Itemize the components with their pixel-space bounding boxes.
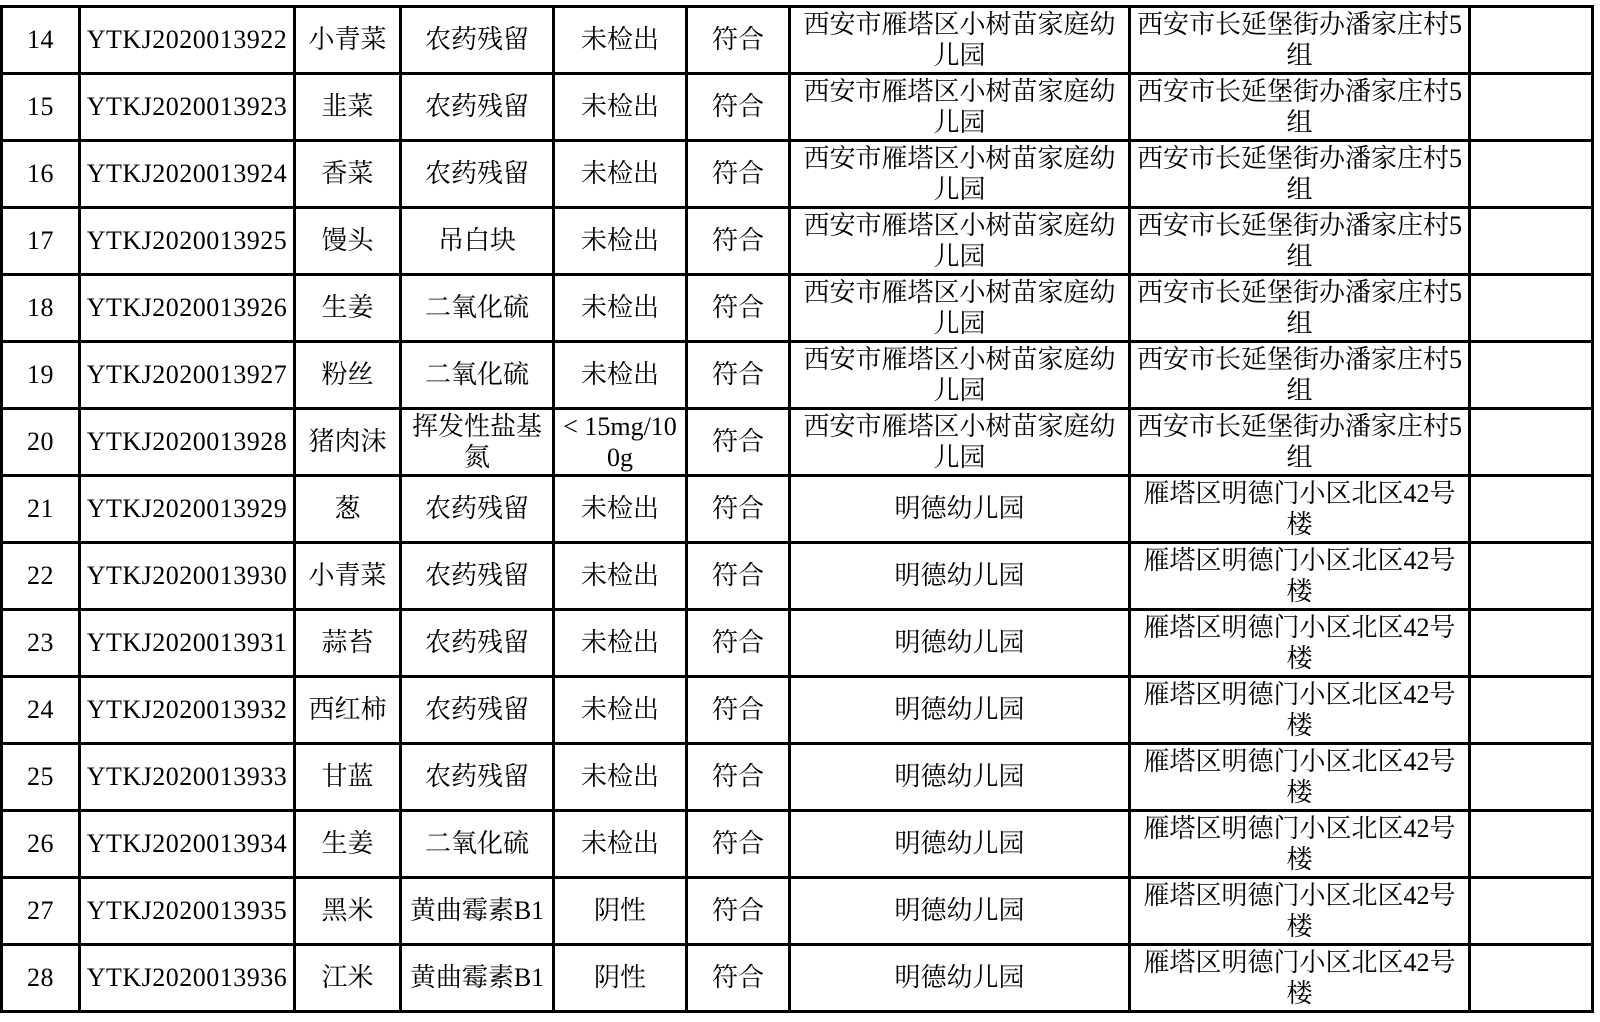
row-number-cell: 23 [2,610,80,677]
table-row: 18 YTKJ2020013926 生姜 二氧化硫 未检出 符合 西安市雁塔区小… [2,275,1593,342]
sample-code-cell: YTKJ2020013934 [80,811,295,878]
table-row: 23 YTKJ2020013931 蒜苔 农药残留 未检出 符合 明德幼儿园 雁… [2,610,1593,677]
table-row: 19 YTKJ2020013927 粉丝 二氧化硫 未检出 符合 西安市雁塔区小… [2,342,1593,409]
sampled-unit-cell: 明德幼儿园 [790,677,1130,744]
unit-address-cell: 西安市长延堡街办潘家庄村5组 [1130,275,1470,342]
sample-code-cell: YTKJ2020013925 [80,208,295,275]
unit-address-cell: 雁塔区明德门小区北区42号楼 [1130,610,1470,677]
remark-cell [1470,677,1593,744]
row-number-cell: 14 [2,7,80,74]
test-item-cell: 农药残留 [401,543,554,610]
sample-name-cell: 蒜苔 [295,610,401,677]
table-row: 17 YTKJ2020013925 馒头 吊白块 未检出 符合 西安市雁塔区小树… [2,208,1593,275]
sampled-unit-cell: 明德幼儿园 [790,945,1130,1012]
conclusion-cell: 符合 [687,275,790,342]
unit-address-cell: 西安市长延堡街办潘家庄村5组 [1130,74,1470,141]
sample-name-cell: 小青菜 [295,543,401,610]
unit-address-cell: 西安市长延堡街办潘家庄村5组 [1130,342,1470,409]
sample-code-cell: YTKJ2020013927 [80,342,295,409]
sample-name-cell: 生姜 [295,275,401,342]
document-sheet: 14 YTKJ2020013922 小青菜 农药残留 未检出 符合 西安市雁塔区… [0,5,1594,1013]
test-item-cell: 农药残留 [401,744,554,811]
test-result-cell: 未检出 [554,543,687,610]
table-row: 27 YTKJ2020013935 黑米 黄曲霉素B1 阴性 符合 明德幼儿园 … [2,878,1593,945]
conclusion-cell: 符合 [687,208,790,275]
table-row: 22 YTKJ2020013930 小青菜 农药残留 未检出 符合 明德幼儿园 … [2,543,1593,610]
test-item-cell: 农药残留 [401,74,554,141]
sample-name-cell: 甘蓝 [295,744,401,811]
sample-name-cell: 猪肉沫 [295,409,401,476]
row-number-cell: 24 [2,677,80,744]
test-item-cell: 二氧化硫 [401,342,554,409]
row-number-cell: 20 [2,409,80,476]
sample-code-cell: YTKJ2020013932 [80,677,295,744]
table-row: 14 YTKJ2020013922 小青菜 农药残留 未检出 符合 西安市雁塔区… [2,7,1593,74]
remark-cell [1470,275,1593,342]
sampled-unit-cell: 西安市雁塔区小树苗家庭幼儿园 [790,74,1130,141]
table-row: 28 YTKJ2020013936 江米 黄曲霉素B1 阴性 符合 明德幼儿园 … [2,945,1593,1012]
table-row: 15 YTKJ2020013923 韭菜 农药残留 未检出 符合 西安市雁塔区小… [2,74,1593,141]
test-result-cell: 未检出 [554,342,687,409]
conclusion-cell: 符合 [687,74,790,141]
test-item-cell: 二氧化硫 [401,275,554,342]
unit-address-cell: 西安市长延堡街办潘家庄村5组 [1130,141,1470,208]
conclusion-cell: 符合 [687,878,790,945]
sample-code-cell: YTKJ2020013923 [80,74,295,141]
sample-code-cell: YTKJ2020013933 [80,744,295,811]
test-result-cell: 未检出 [554,811,687,878]
row-number-cell: 18 [2,275,80,342]
sample-code-cell: YTKJ2020013930 [80,543,295,610]
sample-code-cell: YTKJ2020013929 [80,476,295,543]
unit-address-cell: 雁塔区明德门小区北区42号楼 [1130,476,1470,543]
sampled-unit-cell: 西安市雁塔区小树苗家庭幼儿园 [790,208,1130,275]
unit-address-cell: 雁塔区明德门小区北区42号楼 [1130,945,1470,1012]
table-row: 26 YTKJ2020013934 生姜 二氧化硫 未检出 符合 明德幼儿园 雁… [2,811,1593,878]
unit-address-cell: 雁塔区明德门小区北区42号楼 [1130,878,1470,945]
remark-cell [1470,610,1593,677]
sample-code-cell: YTKJ2020013922 [80,7,295,74]
conclusion-cell: 符合 [687,476,790,543]
test-result-cell: 未检出 [554,208,687,275]
test-item-cell: 农药残留 [401,141,554,208]
sample-name-cell: 生姜 [295,811,401,878]
row-number-cell: 17 [2,208,80,275]
unit-address-cell: 西安市长延堡街办潘家庄村5组 [1130,208,1470,275]
sample-code-cell: YTKJ2020013935 [80,878,295,945]
conclusion-cell: 符合 [687,7,790,74]
sample-name-cell: 韭菜 [295,74,401,141]
sample-code-cell: YTKJ2020013928 [80,409,295,476]
row-number-cell: 16 [2,141,80,208]
remark-cell [1470,141,1593,208]
row-number-cell: 27 [2,878,80,945]
test-result-cell: 未检出 [554,476,687,543]
conclusion-cell: 符合 [687,744,790,811]
sampled-unit-cell: 西安市雁塔区小树苗家庭幼儿园 [790,141,1130,208]
sampled-unit-cell: 西安市雁塔区小树苗家庭幼儿园 [790,409,1130,476]
test-item-cell: 黄曲霉素B1 [401,945,554,1012]
unit-address-cell: 雁塔区明德门小区北区42号楼 [1130,677,1470,744]
remark-cell [1470,409,1593,476]
test-item-cell: 黄曲霉素B1 [401,878,554,945]
row-number-cell: 25 [2,744,80,811]
unit-address-cell: 雁塔区明德门小区北区42号楼 [1130,744,1470,811]
sample-name-cell: 江米 [295,945,401,1012]
sampled-unit-cell: 明德幼儿园 [790,744,1130,811]
sample-name-cell: 馒头 [295,208,401,275]
test-result-cell: 未检出 [554,677,687,744]
test-item-cell: 农药残留 [401,610,554,677]
conclusion-cell: 符合 [687,811,790,878]
table-row: 16 YTKJ2020013924 香菜 农药残留 未检出 符合 西安市雁塔区小… [2,141,1593,208]
test-item-cell: 农药残留 [401,476,554,543]
row-number-cell: 28 [2,945,80,1012]
remark-cell [1470,811,1593,878]
sampled-unit-cell: 西安市雁塔区小树苗家庭幼儿园 [790,275,1130,342]
remark-cell [1470,543,1593,610]
remark-cell [1470,74,1593,141]
test-result-cell: 未检出 [554,275,687,342]
table-row: 24 YTKJ2020013932 西红柿 农药残留 未检出 符合 明德幼儿园 … [2,677,1593,744]
test-item-cell: 二氧化硫 [401,811,554,878]
remark-cell [1470,945,1593,1012]
test-item-cell: 农药残留 [401,7,554,74]
sample-code-cell: YTKJ2020013936 [80,945,295,1012]
sample-name-cell: 黑米 [295,878,401,945]
row-number-cell: 15 [2,74,80,141]
row-number-cell: 26 [2,811,80,878]
sampled-unit-cell: 明德幼儿园 [790,543,1130,610]
test-result-cell: 未检出 [554,610,687,677]
conclusion-cell: 符合 [687,945,790,1012]
unit-address-cell: 雁塔区明德门小区北区42号楼 [1130,811,1470,878]
sample-name-cell: 小青菜 [295,7,401,74]
test-result-cell: 阴性 [554,878,687,945]
conclusion-cell: 符合 [687,342,790,409]
conclusion-cell: 符合 [687,543,790,610]
sampled-unit-cell: 明德幼儿园 [790,476,1130,543]
remark-cell [1470,878,1593,945]
sample-name-cell: 粉丝 [295,342,401,409]
remark-cell [1470,208,1593,275]
test-item-cell: 挥发性盐基氮 [401,409,554,476]
table-body: 14 YTKJ2020013922 小青菜 农药残留 未检出 符合 西安市雁塔区… [2,7,1593,1012]
sample-name-cell: 西红柿 [295,677,401,744]
row-number-cell: 19 [2,342,80,409]
sampled-unit-cell: 西安市雁塔区小树苗家庭幼儿园 [790,342,1130,409]
test-item-cell: 农药残留 [401,677,554,744]
test-result-cell: 阴性 [554,945,687,1012]
conclusion-cell: 符合 [687,610,790,677]
sample-name-cell: 葱 [295,476,401,543]
sampled-unit-cell: 明德幼儿园 [790,878,1130,945]
test-result-cell: < 15mg/100g [554,409,687,476]
test-result-cell: 未检出 [554,7,687,74]
table-row: 25 YTKJ2020013933 甘蓝 农药残留 未检出 符合 明德幼儿园 雁… [2,744,1593,811]
unit-address-cell: 西安市长延堡街办潘家庄村5组 [1130,7,1470,74]
test-result-cell: 未检出 [554,74,687,141]
row-number-cell: 22 [2,543,80,610]
table-row: 21 YTKJ2020013929 葱 农药残留 未检出 符合 明德幼儿园 雁塔… [2,476,1593,543]
test-results-table: 14 YTKJ2020013922 小青菜 农药残留 未检出 符合 西安市雁塔区… [0,5,1594,1013]
sample-code-cell: YTKJ2020013924 [80,141,295,208]
sample-code-cell: YTKJ2020013926 [80,275,295,342]
test-result-cell: 未检出 [554,141,687,208]
test-result-cell: 未检出 [554,744,687,811]
unit-address-cell: 西安市长延堡街办潘家庄村5组 [1130,409,1470,476]
table-row: 20 YTKJ2020013928 猪肉沫 挥发性盐基氮 < 15mg/100g… [2,409,1593,476]
sample-name-cell: 香菜 [295,141,401,208]
unit-address-cell: 雁塔区明德门小区北区42号楼 [1130,543,1470,610]
sample-code-cell: YTKJ2020013931 [80,610,295,677]
sampled-unit-cell: 明德幼儿园 [790,811,1130,878]
conclusion-cell: 符合 [687,677,790,744]
remark-cell [1470,476,1593,543]
remark-cell [1470,7,1593,74]
conclusion-cell: 符合 [687,409,790,476]
row-number-cell: 21 [2,476,80,543]
sampled-unit-cell: 西安市雁塔区小树苗家庭幼儿园 [790,7,1130,74]
sampled-unit-cell: 明德幼儿园 [790,610,1130,677]
remark-cell [1470,342,1593,409]
remark-cell [1470,744,1593,811]
test-item-cell: 吊白块 [401,208,554,275]
conclusion-cell: 符合 [687,141,790,208]
